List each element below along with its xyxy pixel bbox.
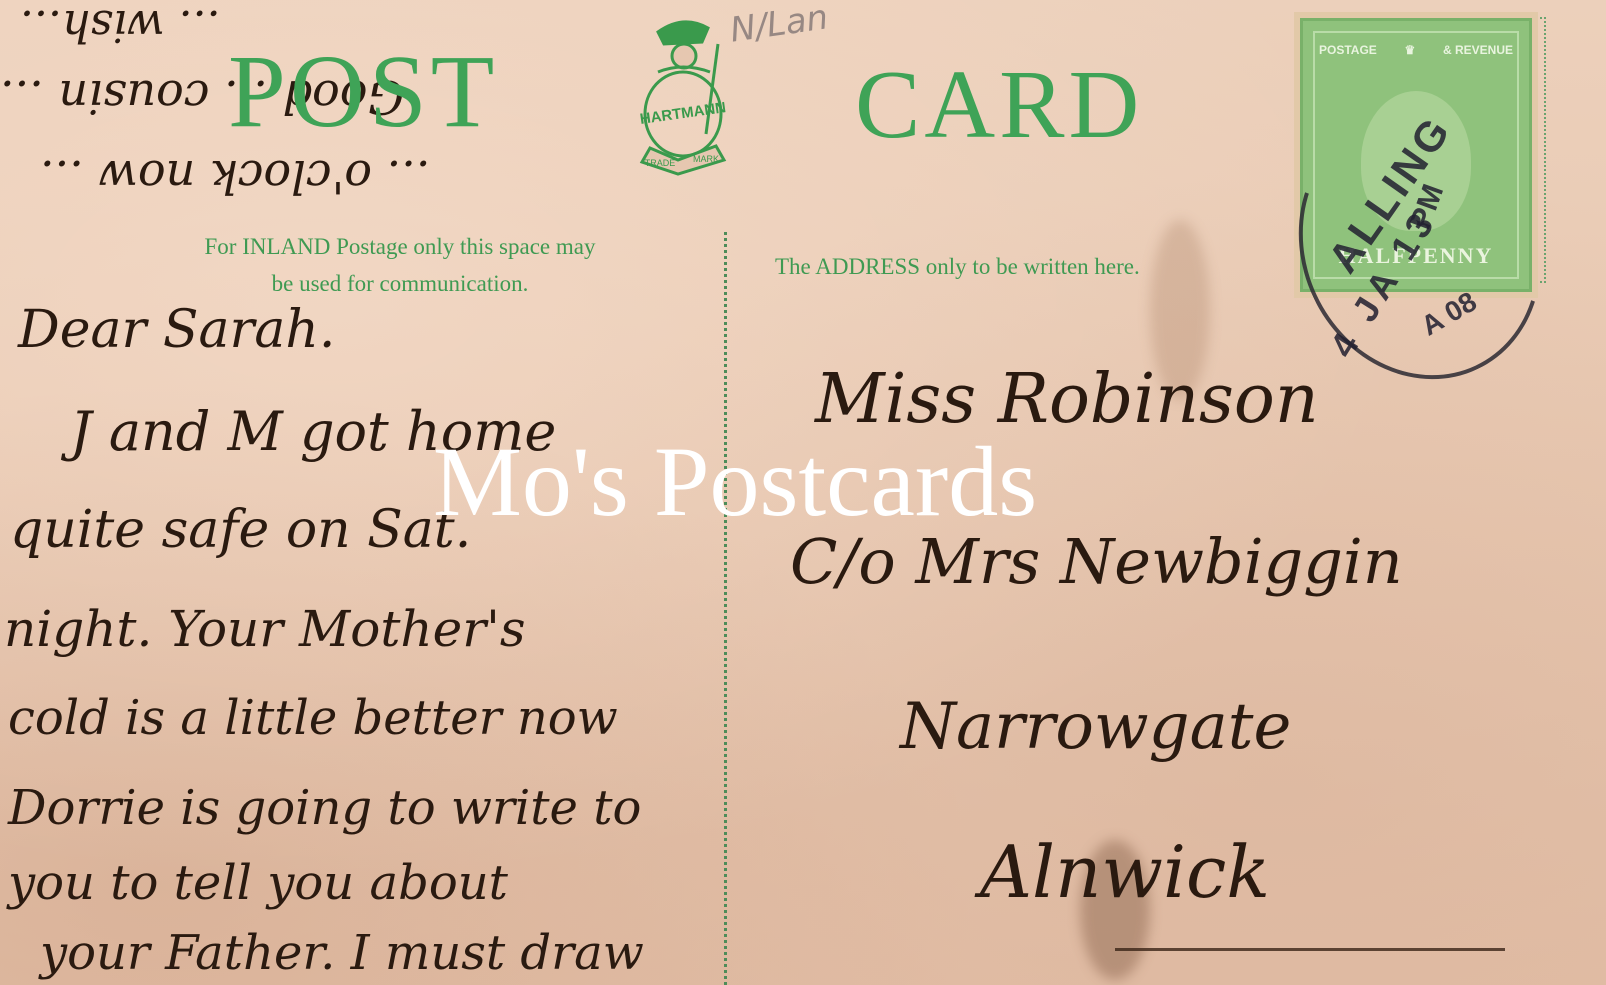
address-note: The ADDRESS only to be written here. [775, 254, 1140, 280]
stamp-postage-label: POSTAGE [1319, 43, 1377, 57]
postcard-back: ... wish... Good ... cousin ... ... o'cl… [0, 0, 1606, 985]
center-divider [724, 232, 727, 985]
inland-postage-note: For INLAND Postage only this space may b… [110, 228, 690, 302]
svg-text:MARK: MARK [693, 154, 719, 164]
upside-down-writing-line: ... wish... [20, 0, 221, 51]
watermark: Mo's Postcards [433, 432, 1037, 532]
address-line: Alnwick [980, 830, 1270, 914]
message-line: cold is a little better now [8, 690, 618, 746]
inland-note-line: be used for communication. [110, 265, 690, 302]
address-line: Narrowgate [900, 690, 1291, 764]
stamp-revenue-label: & REVENUE [1443, 43, 1513, 57]
card-title: CARD [855, 56, 1143, 154]
message-line: quite safe on Sat. [10, 500, 471, 560]
stamp-header: POSTAGE ♛ & REVENUE [1303, 43, 1529, 57]
upside-down-writing-line: ... o'clock now ... [40, 150, 430, 204]
message-line: you to tell you about [8, 855, 508, 911]
crown-icon: ♛ [1405, 43, 1416, 57]
pencil-annotation: N/Lan [728, 0, 831, 51]
inland-note-line: For INLAND Postage only this space may [110, 228, 690, 265]
address-underline [1115, 948, 1505, 951]
message-line: Dorrie is going to write to [8, 780, 641, 836]
svg-text:TRADE: TRADE [645, 158, 676, 168]
message-line: your Father. I must draw [40, 925, 644, 981]
svg-text:HARTMANN: HARTMANN [639, 99, 727, 128]
post-title: POST [228, 40, 498, 144]
message-line: Dear Sarah. [18, 300, 335, 360]
message-line: night. Your Mother's [4, 600, 526, 658]
hartmann-trademark-logo: HARTMANN TRADE MARK [628, 14, 738, 184]
